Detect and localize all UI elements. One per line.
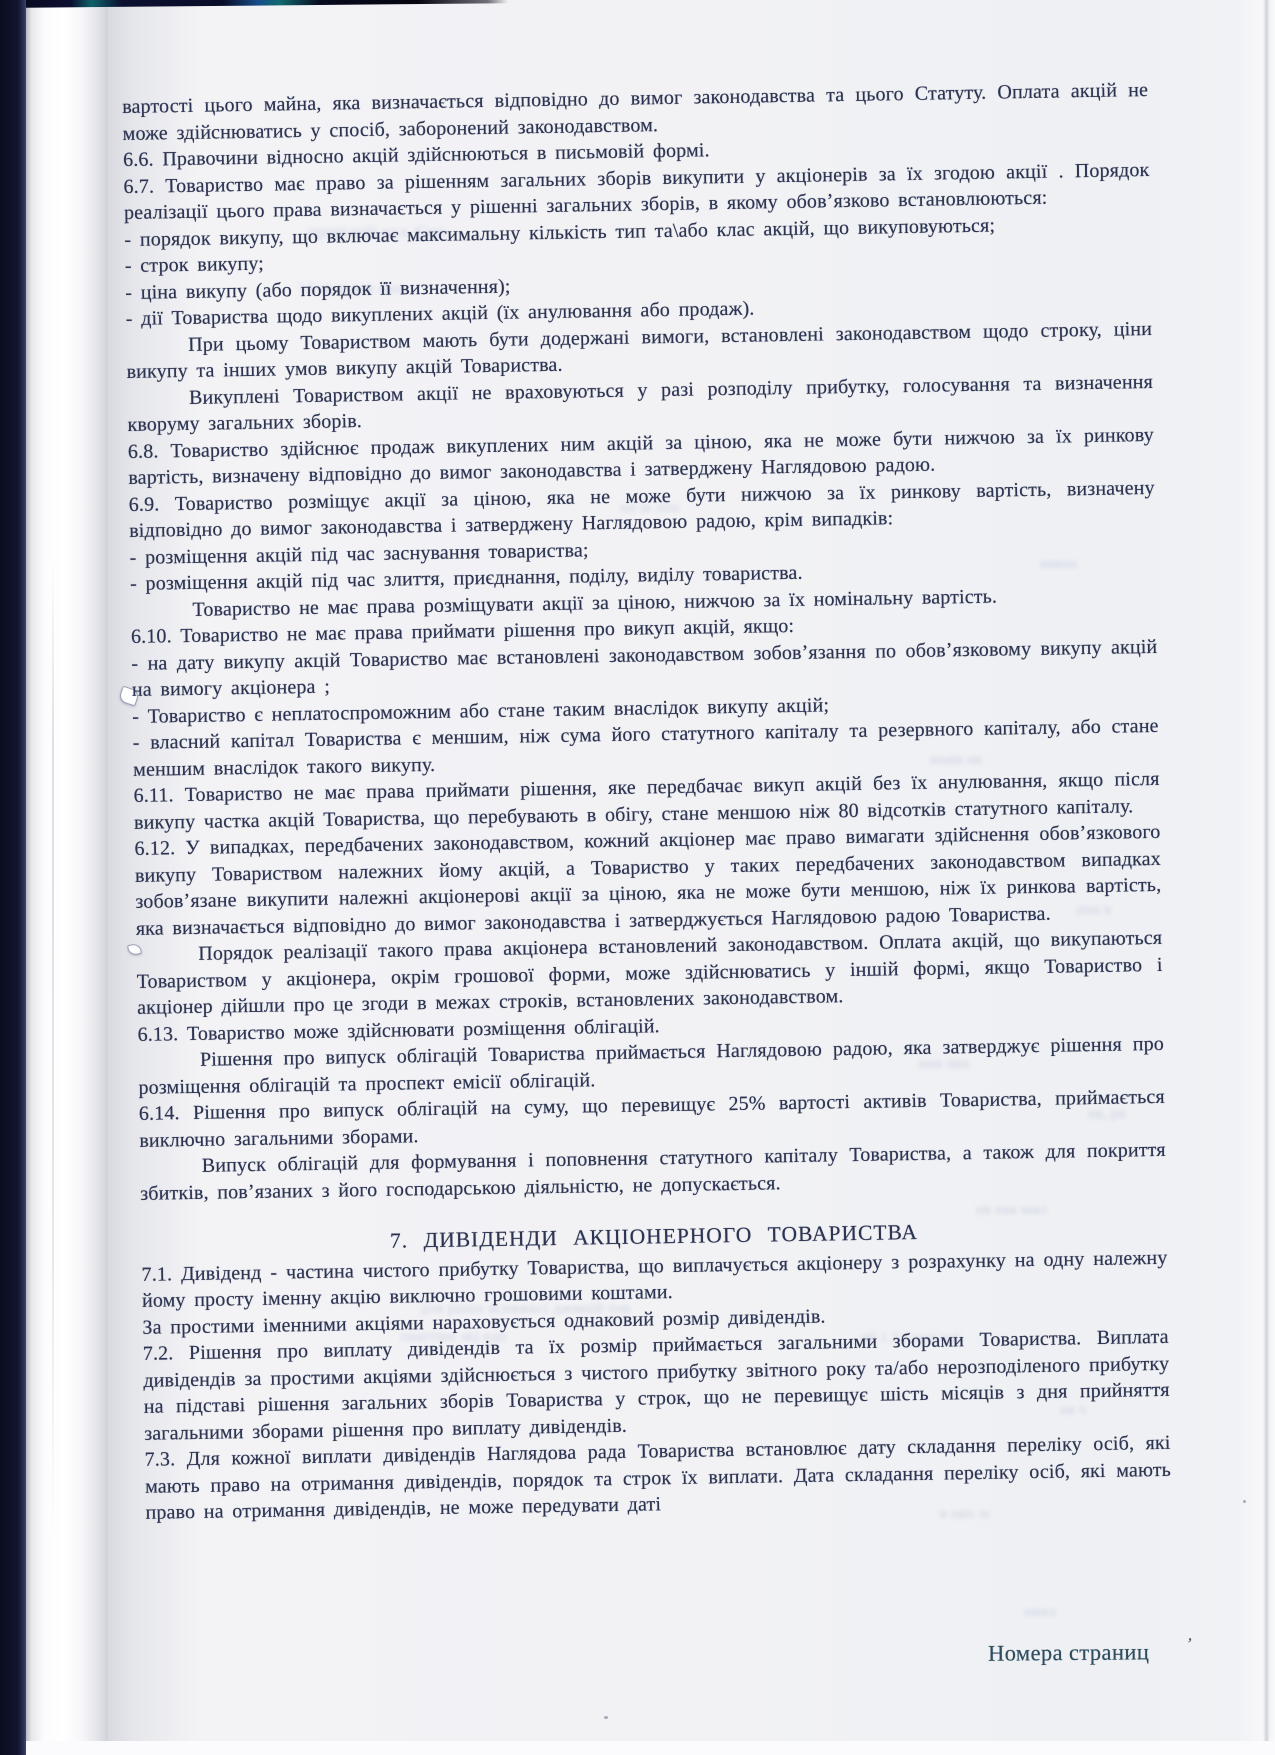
paragraph: 7.2. Рішення про виплату дивідендів та ї… — [143, 1324, 1171, 1447]
scan-speck — [1243, 1500, 1246, 1503]
scanner-edge-right — [1263, 0, 1275, 1755]
page-curl-edge — [26, 0, 108, 1755]
paragraph: 6.12. У випадках, передбачених законодав… — [134, 819, 1162, 942]
scan-speck — [604, 1716, 608, 1719]
page-footer-label: Номера страниц — [988, 1639, 1149, 1666]
footer-tick-mark: ʼ — [1184, 1634, 1194, 1656]
page-curl-crease — [52, 560, 54, 1540]
scanned-document-page: повідо3.4. ТРішенкомісі3.5.відповзасідаг… — [0, 0, 1275, 1755]
ghost-bleedthrough-text: нвмл — [1024, 1604, 1056, 1621]
paragraph: 7.3. Для кожної виплати дивідендів Нагля… — [144, 1430, 1171, 1527]
document-text-block: вартості цього майна, яка визначається в… — [122, 77, 1172, 1526]
scanner-edge-bottom — [26, 1741, 1275, 1755]
scanner-edge-left — [0, 0, 26, 1755]
scanner-edge-top — [0, 0, 508, 8]
